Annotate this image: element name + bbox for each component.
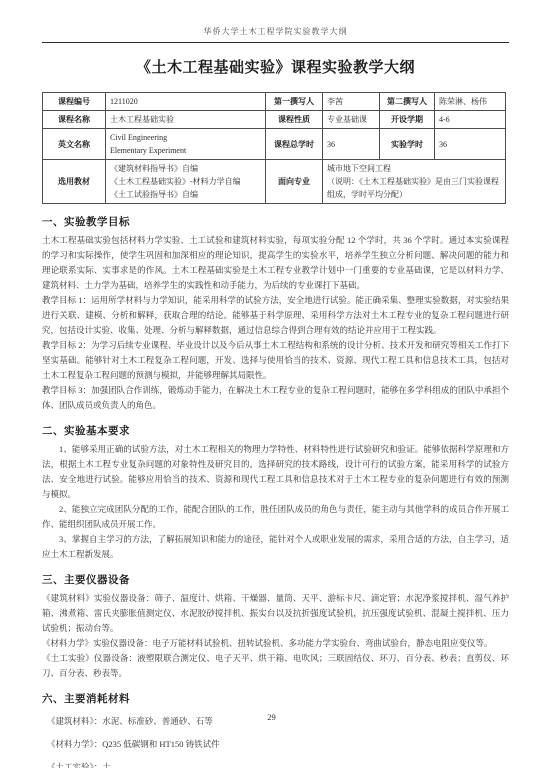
section-heading: 三、主要仪器设备 [42,572,509,587]
textbook-line2: 《土木工程基础实验》-材料力学自编 [110,175,261,188]
section-basic-requirements: 二、实验基本要求 1、能够采用正确的试验方法，对土木工程相关的物理力学特性、材料… [42,423,509,562]
paragraph: 《材料力学》：Q235 低碳钢和 HT150 铸铁试件 [47,737,509,752]
paragraph: 《土工实验》仪器设备：液塑限联合测定仪、电子天平、烘干箱、电吹风；三联固结仪、环… [42,651,509,681]
table-row: 课程编号 1211020 第一撰写人 李茜 第二撰写人 陈荣淋、杨伟 [43,93,506,111]
course-info-table: 课程编号 1211020 第一撰写人 李茜 第二撰写人 陈荣淋、杨伟 课程名称 … [42,92,506,204]
target-major-line2: （说明：《土木工程基础实验》是由三门实验课程组成，学时平均分配） [327,175,501,201]
paragraph: 1、能够采用正确的试验方法，对土木工程相关的物理力学特性、材料特性进行试验研究和… [42,442,509,502]
second-author-value: 陈荣淋、杨伟 [435,93,506,111]
target-major-line1: 城市地下空间工程 [327,162,501,175]
page-title: 《土木工程基础实验》课程实验教学大纲 [42,56,509,77]
paragraph: 土木工程基础实验包括材料力学实验、土工试验和建筑材料实验，每项实验分配 12 个… [42,233,509,293]
total-hours-label: 课程总学时 [266,129,323,160]
lab-hours-value: 36 [435,129,506,160]
second-author-label: 第二撰写人 [380,93,435,111]
textbook-label: 选用教材 [43,160,106,204]
first-author-value: 李茜 [323,93,380,111]
section-consumable-materials: 六、主要消耗材料 《建筑材料》：水泥、标准砂、普通砂、石等 《材料力学》：Q23… [42,691,509,768]
semester-value: 4-6 [435,111,506,129]
course-nature-value: 专业基础课 [323,111,380,129]
total-hours-value: 36 [323,129,380,160]
english-name-line2: Elementary Experiment [110,144,261,157]
course-name-value: 土木工程基础实验 [106,111,266,129]
section-heading: 二、实验基本要求 [42,423,509,438]
paragraph: 《材料力学》实验仪器设备：电子万能材料试验机、扭转试验机、多功能力学实验台、弯曲… [42,636,509,651]
course-name-label: 课程名称 [43,111,106,129]
paragraph: 教学目标 2：为学习后续专业课程、毕业设计以及今后从事土木工程结构和系统的设计分… [42,338,509,383]
section-teaching-goals: 一、实验教学目标 土木工程基础实验包括材料力学实验、土工试验和建筑材料实验，每项… [42,214,509,413]
table-row: 英文名称 Civil Engineering Elementary Experi… [43,129,506,160]
paragraph: 教学目标 1：运用所学材料与力学知识，能采用科学的试验方法，安全地进行试验。能正… [42,293,509,338]
paragraph: 《建筑材料》实验仪器设备：筛子、温度计、烘箱、干燥器、量筒、天平、游标卡尺、滴定… [42,591,509,636]
document-header: 华侨大学土木工程学院实验教学大纲 [42,26,509,37]
course-code-label: 课程编号 [43,93,106,111]
course-code-value: 1211020 [106,93,266,111]
textbook-line3: 《土工试验指导书》自编 [110,188,261,201]
table-row: 课程名称 土木工程基础实验 课程性质 专业基础课 开设学期 4-6 [43,111,506,129]
lab-hours-label: 实验学时 [380,129,435,160]
english-name-value: Civil Engineering Elementary Experiment [106,129,266,160]
section-heading: 一、实验教学目标 [42,214,509,229]
course-nature-label: 课程性质 [266,111,323,129]
english-name-line1: Civil Engineering [110,131,261,144]
page-number: 29 [0,712,543,722]
paragraph: 2、能独立完成团队分配的工作，能配合团队的工作，胜任团队成员的角色与责任，能主动… [42,502,509,532]
target-major-label: 面向专业 [266,160,323,204]
textbook-line1: 《建筑材料指导书》自编 [110,162,261,175]
paragraph: 3、掌握自主学习的方法，了解拓展知识和能力的途径，能针对个人或职业发展的需求，采… [42,532,509,562]
paragraph: 《土工实验》：土 [47,760,509,768]
textbook-value: 《建筑材料指导书》自编 《土木工程基础实验》-材料力学自编 《土工试验指导书》自… [106,160,266,204]
table-row: 选用教材 《建筑材料指导书》自编 《土木工程基础实验》-材料力学自编 《土工试验… [43,160,506,204]
document-page: 华侨大学土木工程学院实验教学大纲 《土木工程基础实验》课程实验教学大纲 课程编号… [0,0,543,768]
section-heading: 六、主要消耗材料 [42,691,509,706]
first-author-label: 第一撰写人 [266,93,323,111]
english-name-label: 英文名称 [43,129,106,160]
paragraph: 教学目标 3：加强团队合作训练，锻炼动手能力，在解决土木工程专业的复杂工程问题时… [42,383,509,413]
target-major-value: 城市地下空间工程 （说明：《土木工程基础实验》是由三门实验课程组成，学时平均分配… [323,160,506,204]
semester-label: 开设学期 [380,111,435,129]
header-rule [42,42,509,43]
section-main-equipment: 三、主要仪器设备 《建筑材料》实验仪器设备：筛子、温度计、烘箱、干燥器、量筒、天… [42,572,509,681]
